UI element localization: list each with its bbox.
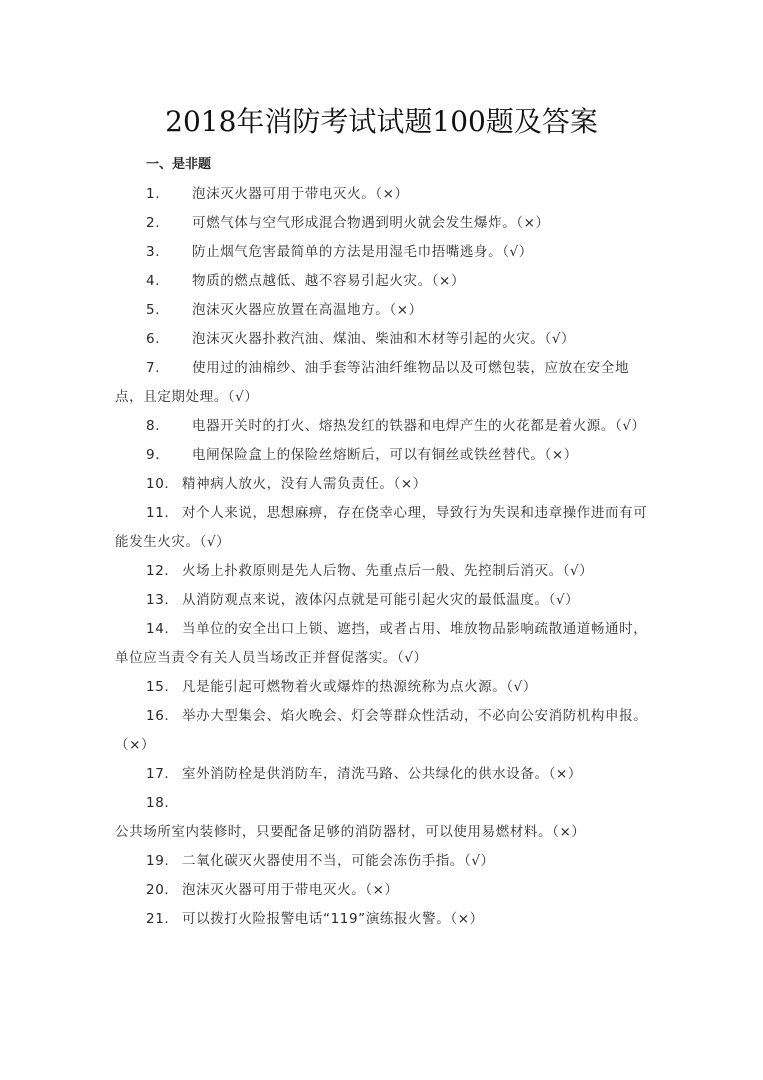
question-text: 使用过的油棉纱、油手套等沾油纤维物品以及可燃包装，应放在安全地点，且定期处理。（… [115, 360, 629, 405]
question-text: 泡沫灭火器应放置在高温地方。（×） [192, 302, 423, 318]
question-number: 14. [146, 615, 182, 644]
question-number: 4. [146, 267, 192, 296]
question-number: 16. [146, 702, 182, 731]
document-title: 2018年消防考试试题100题及答案 [0, 100, 763, 140]
question-number: 13. [146, 586, 182, 615]
question-item: 18.公共场所室内装修时，只要配备足够的消防器材，可以使用易燃材料。（×） [115, 789, 650, 847]
question-number: 1. [146, 180, 192, 209]
question-text: 泡沫灭火器可用于带电灭火。（×） [192, 186, 409, 202]
question-number: 11. [146, 499, 182, 528]
question-item: 21.可以拨打火险报警电话“119”演练报火警。（×） [115, 905, 650, 934]
question-number: 6. [146, 325, 192, 354]
question-item: 20.泡沫灭火器可用于带电灭火。（×） [115, 876, 650, 905]
section-heading: 一、是非题 [146, 153, 211, 172]
question-text: 从消防观点来说，液体闪点就是可能引起火灾的最低温度。（√） [182, 592, 579, 608]
question-item: 6.泡沫灭火器扑救汽油、煤油、柴油和木材等引起的火灾。（√） [115, 325, 650, 354]
document-page: 2018年消防考试试题100题及答案 一、是非题 1.泡沫灭火器可用于带电灭火。… [0, 0, 763, 1080]
question-text: 公共场所室内装修时，只要配备足够的消防器材，可以使用易燃材料。（×） [115, 824, 585, 840]
question-text: 凡是能引起可燃物着火或爆炸的热源统称为点火源。（√） [182, 679, 537, 695]
question-number: 10. [146, 470, 182, 499]
question-number: 17. [146, 760, 182, 789]
question-number: 9. [146, 441, 192, 470]
question-text: 火场上扑救原则是先人后物、先重点后一般、先控制后消灭。（√） [182, 563, 593, 579]
question-item: 5.泡沫灭火器应放置在高温地方。（×） [115, 296, 650, 325]
question-text: 二氧化碳灭火器使用不当，可能会冻伤手指。（√） [182, 853, 495, 869]
question-number: 3. [146, 238, 192, 267]
question-item: 3.防止烟气危害最简单的方法是用湿毛巾捂嘴逃身。（√） [115, 238, 650, 267]
question-text: 精神病人放火，没有人需负责任。（×） [182, 476, 427, 492]
question-number: 15. [146, 673, 182, 702]
question-number: 8. [146, 412, 192, 441]
question-text: 电器开关时的打火、熔热发红的铁器和电焊产生的火花都是着火源。（√） [192, 418, 646, 434]
question-item: 10.精神病人放火，没有人需负责任。（×） [115, 470, 650, 499]
question-number: 5. [146, 296, 192, 325]
question-text: 可燃气体与空气形成混合物遇到明火就会发生爆炸。（×） [192, 215, 550, 231]
question-number: 2. [146, 209, 192, 238]
question-number: 18. [146, 789, 182, 818]
question-item: 17.室外消防栓是供消防车，清洗马路、公共绿化的供水设备。（×） [115, 760, 650, 789]
question-text: 室外消防栓是供消防车，清洗马路、公共绿化的供水设备。（×） [182, 766, 582, 782]
question-item: 14.当单位的安全出口上锁、遮挡，或者占用、堆放物品影响疏散通道畅通时，单位应当… [115, 615, 650, 673]
question-number: 7. [146, 354, 192, 383]
question-item: 15.凡是能引起可燃物着火或爆炸的热源统称为点火源。（√） [115, 673, 650, 702]
question-item: 2.可燃气体与空气形成混合物遇到明火就会发生爆炸。（×） [115, 209, 650, 238]
question-list: 1.泡沫灭火器可用于带电灭火。（×） 2.可燃气体与空气形成混合物遇到明火就会发… [115, 180, 650, 934]
question-item: 12.火场上扑救原则是先人后物、先重点后一般、先控制后消灭。（√） [115, 557, 650, 586]
question-text: 泡沫灭火器可用于带电灭火。（×） [182, 882, 399, 898]
question-text: 举办大型集会、焰火晚会、灯会等群众性活动，不必向公安消防机构申报。（×） [115, 708, 647, 753]
question-text: 电闸保险盒上的保险丝熔断后，可以有铜丝或铁丝替代。（×） [192, 447, 578, 463]
question-item: 19.二氧化碳灭火器使用不当，可能会冻伤手指。（√） [115, 847, 650, 876]
question-number: 21. [146, 905, 182, 934]
question-item: 1.泡沫灭火器可用于带电灭火。（×） [115, 180, 650, 209]
question-text: 物质的燃点越低、越不容易引起火灾。（×） [192, 273, 465, 289]
question-item: 7.使用过的油棉纱、油手套等沾油纤维物品以及可燃包装，应放在安全地点，且定期处理… [115, 354, 650, 412]
question-item: 11.对个人来说，思想麻痹，存在侥幸心理，导致行为失误和违章操作进而有可能发生火… [115, 499, 650, 557]
question-item: 16.举办大型集会、焰火晚会、灯会等群众性活动，不必向公安消防机构申报。（×） [115, 702, 650, 760]
question-number: 12. [146, 557, 182, 586]
question-item: 13.从消防观点来说，液体闪点就是可能引起火灾的最低温度。（√） [115, 586, 650, 615]
question-text: 对个人来说，思想麻痹，存在侥幸心理，导致行为失误和违章操作进而有可能发生火灾。（… [115, 505, 647, 550]
question-item: 8.电器开关时的打火、熔热发红的铁器和电焊产生的火花都是着火源。（√） [115, 412, 650, 441]
question-number: 19. [146, 847, 182, 876]
question-text: 泡沫灭火器扑救汽油、煤油、柴油和木材等引起的火灾。（√） [192, 331, 575, 347]
question-item: 9.电闸保险盒上的保险丝熔断后，可以有铜丝或铁丝替代。（×） [115, 441, 650, 470]
question-item: 4.物质的燃点越低、越不容易引起火灾。（×） [115, 267, 650, 296]
question-text: 可以拨打火险报警电话“119”演练报火警。（×） [182, 911, 484, 927]
question-text: 防止烟气危害最简单的方法是用湿毛巾捂嘴逃身。（√） [192, 244, 533, 260]
question-text: 当单位的安全出口上锁、遮挡，或者占用、堆放物品影响疏散通道畅通时，单位应当责令有… [115, 621, 647, 666]
question-number: 20. [146, 876, 182, 905]
